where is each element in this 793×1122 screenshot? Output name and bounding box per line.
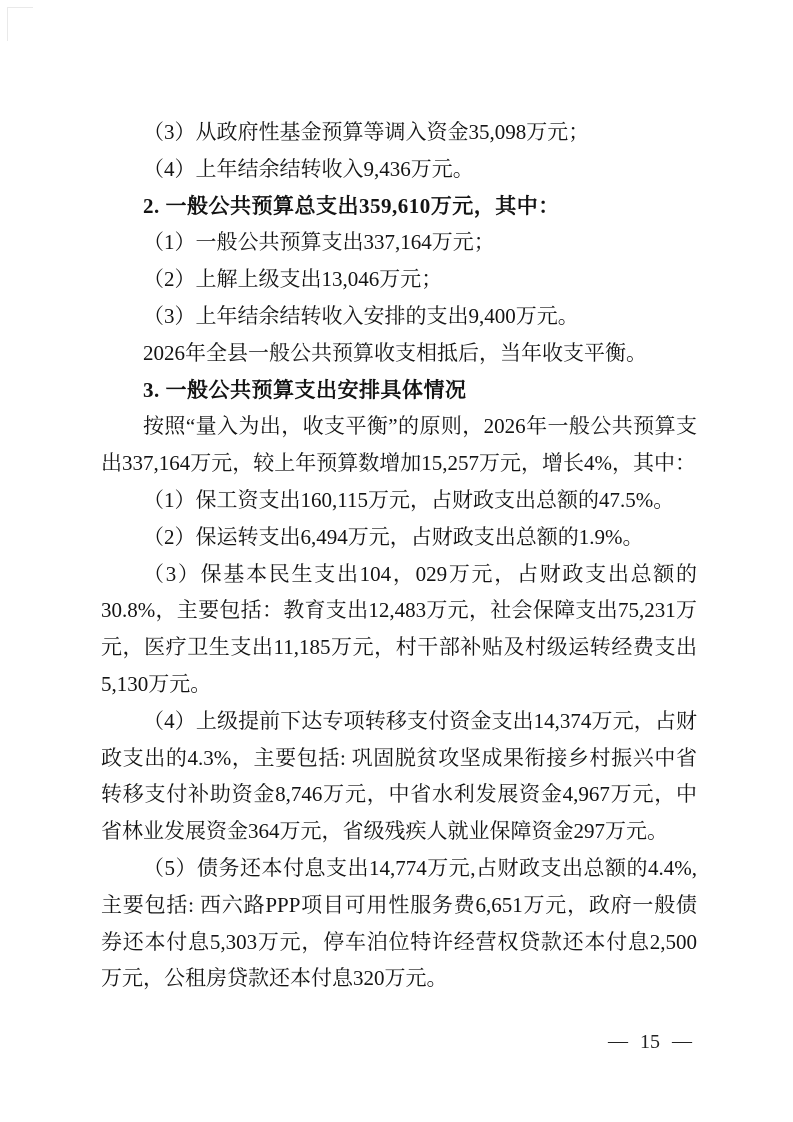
heading-expenditure-arrangement-details: 3. 一般公共预算支出安排具体情况 [101, 372, 697, 409]
para-adjust-in-from-govt-funds: （3）从政府性基金预算等调入资金35,098万元； [101, 114, 697, 151]
para-salary-expenditure: （1）保工资支出160,115万元，占财政支出总额的47.5%。 [101, 482, 697, 519]
document-page: （3）从政府性基金预算等调入资金35,098万元； （4）上年结余结转收入9,4… [0, 0, 793, 1122]
footer-dash-left: — [608, 1030, 628, 1053]
heading-general-budget-total-expenditure: 2. 一般公共预算总支出359,610万元，其中： [101, 188, 697, 225]
para-special-transfer-payment-expenditure: （4）上级提前下达专项转移支付资金支出14,374万元，占财政支出的4.3%，主… [101, 703, 697, 850]
para-carryover-arranged-expenditure: （3）上年结余结转收入安排的支出9,400万元。 [101, 298, 697, 335]
page-footer: —15— [608, 1031, 692, 1054]
para-budget-principle-overview: 按照“量入为出，收支平衡”的原则，2026年一般公共预算支出337,164万元，… [101, 408, 697, 482]
para-budget-balance-statement: 2026年全县一般公共预算收支相抵后，当年收支平衡。 [101, 335, 697, 372]
scan-artifact-line [7, 7, 8, 41]
para-operations-expenditure: （2）保运转支出6,494万元，占财政支出总额的1.9%。 [101, 519, 697, 556]
para-basic-livelihood-expenditure: （3）保基本民生支出104，029万元，占财政支出总额的30.8%，主要包括：教… [101, 556, 697, 703]
document-body: （3）从政府性基金预算等调入资金35,098万元； （4）上年结余结转收入9,4… [101, 114, 697, 997]
para-general-budget-expenditure: （1）一般公共预算支出337,164万元； [101, 224, 697, 261]
para-debt-service-expenditure: （5）债务还本付息支出14,774万元,占财政支出总额的4.4%,主要包括: 西… [101, 850, 697, 997]
para-prior-year-carryover-income: （4）上年结余结转收入9,436万元。 [101, 151, 697, 188]
scan-artifact-line [7, 7, 33, 8]
footer-dash-right: — [672, 1030, 692, 1053]
page-number: 15 [640, 1031, 660, 1054]
para-upward-remittance-expenditure: （2）上解上级支出13,046万元； [101, 261, 697, 298]
